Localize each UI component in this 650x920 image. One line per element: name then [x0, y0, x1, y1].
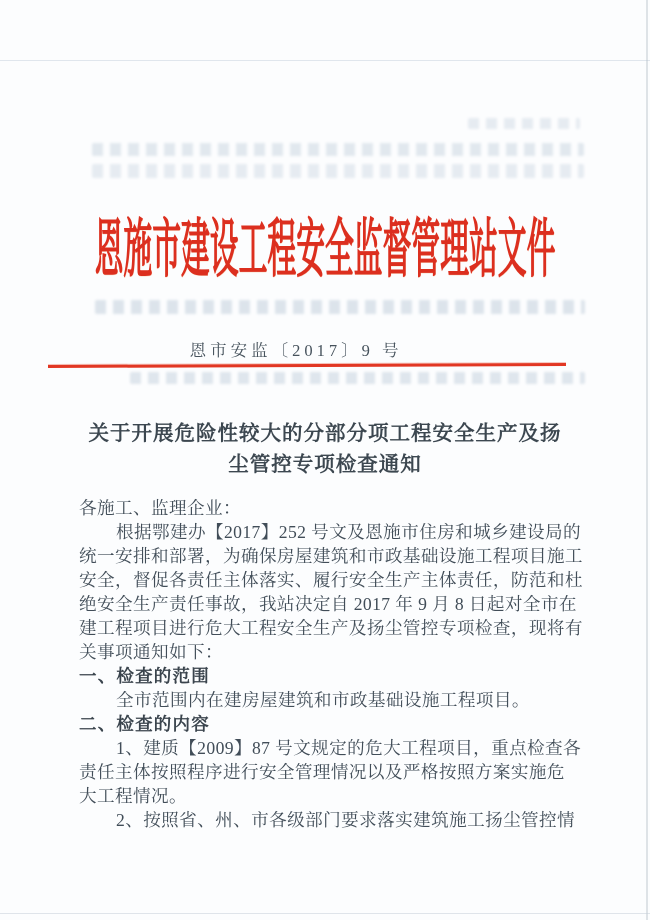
bleedthrough-artifact — [92, 164, 584, 178]
body-line: 根据鄂建办【2017】252 号文及恩施市住房和城乡建设局的 — [79, 520, 579, 544]
body-line: 全市范围内在建房屋建筑和市政基础设施工程项目。 — [79, 688, 579, 712]
bleedthrough-artifact — [95, 300, 585, 314]
scan-artifact-bottom-edge — [0, 913, 650, 914]
bleedthrough-artifact — [468, 118, 580, 129]
document-number: 恩市安监〔2017〕9 号 — [0, 337, 592, 361]
scan-artifact-top-line — [0, 60, 650, 61]
letterhead: 恩施市建设工程安全监督管理站文件 — [0, 216, 650, 284]
body-line: 建工程项目进行危大工程安全生产及扬尘管控专项检查，现将有 — [79, 616, 579, 640]
document-title-line1: 关于开展危险性较大的分部分项工程安全生产及扬 — [0, 419, 650, 450]
body-line: 大工程情况。 — [79, 784, 579, 808]
body-line: 绝安全生产责任事故，我站决定自 2017 年 9 月 8 日起对全市在 — [79, 592, 579, 616]
body-line: 责任主体按照程序进行安全管理情况以及严格按照方案实施危 — [79, 760, 579, 784]
section-heading: 一、检查的范围 — [79, 664, 579, 688]
bleedthrough-artifact — [130, 372, 585, 384]
document-title-line2: 尘管控专项检查通知 — [0, 450, 650, 481]
bleedthrough-artifact — [92, 143, 584, 156]
organization-title: 恩施市建设工程安全监督管理站文件 — [95, 216, 556, 284]
body-line: 2、按照省、州、市各级部门要求落实建筑施工扬尘管控情 — [79, 808, 579, 832]
scanned-document-page: 恩施市建设工程安全监督管理站文件 恩市安监〔2017〕9 号 关于开展危险性较大… — [0, 0, 650, 920]
body-line: 统一安排和部署，为确保房屋建筑和市政基础设施工程项目施工 — [79, 544, 579, 568]
document-body: 各施工、监理企业：根据鄂建办【2017】252 号文及恩施市住房和城乡建设局的统… — [79, 496, 579, 832]
body-line: 安全，督促各责任主体落实、履行安全生产主体责任，防范和杜 — [79, 568, 579, 592]
body-line: 关事项通知如下： — [79, 640, 579, 664]
red-divider-line — [48, 363, 566, 368]
body-line: 1、建质【2009】87 号文规定的危大工程项目，重点检查各 — [79, 736, 579, 760]
document-title: 关于开展危险性较大的分部分项工程安全生产及扬 尘管控专项检查通知 — [0, 419, 650, 481]
section-heading: 二、检查的内容 — [79, 712, 579, 736]
body-line: 各施工、监理企业： — [79, 496, 579, 520]
